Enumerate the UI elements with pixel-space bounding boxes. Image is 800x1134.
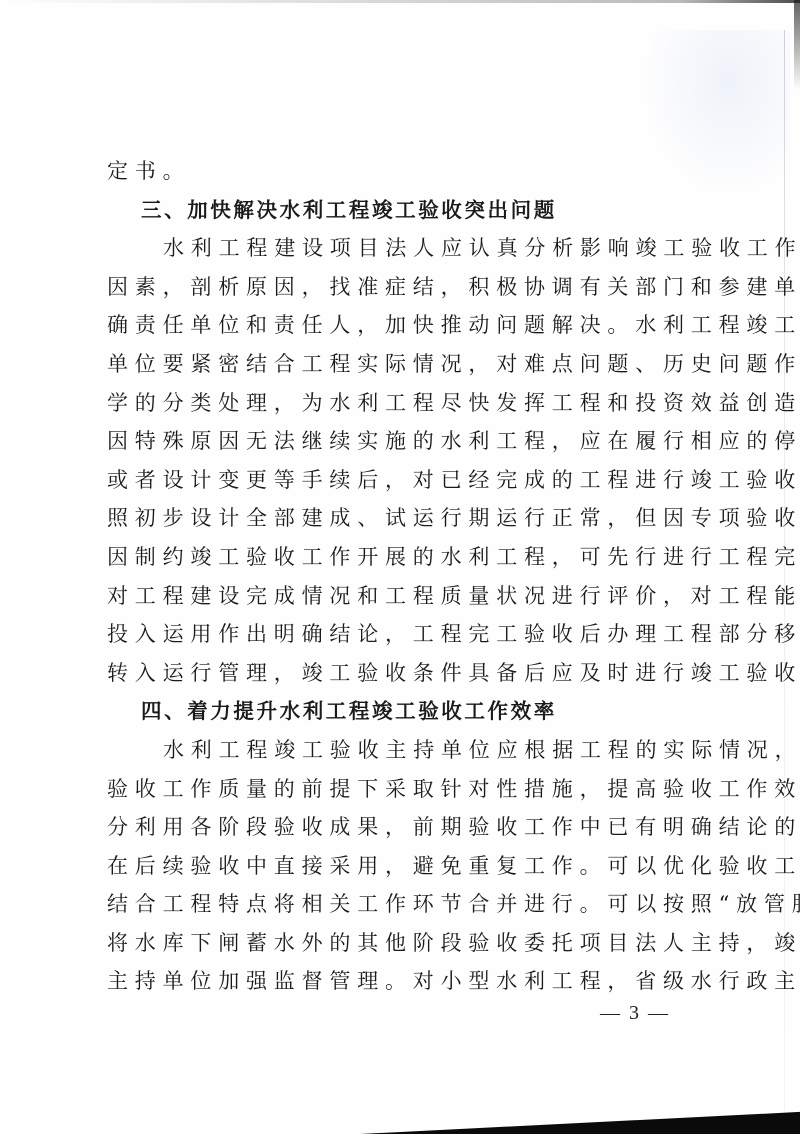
section-heading-3: 三、加快解决水利工程竣工验收突出问题	[107, 191, 697, 230]
section-heading-4: 四、着力提升水利工程竣工验收工作效率	[107, 692, 697, 731]
paragraph-line: 水利工程竣工验收主持单位应根据工程的实际情况，在保证	[107, 731, 697, 770]
paragraph-line: 因特殊原因无法继续实施的水利工程，应在履行相应的停建、缓建	[107, 422, 697, 461]
paragraph-line: 因素，剖析原因，找准症结，积极协调有关部门和参建单位，逐项明	[107, 268, 697, 307]
paragraph-line: 单位要紧密结合工程实际情况，对难点问题、历史问题作出客观科	[107, 345, 697, 384]
paragraph-line: 验收工作质量的前提下采取针对性措施，提高验收工作效率。要充	[107, 770, 697, 809]
paragraph-line: 转入运行管理，竣工验收条件具备后应及时进行竣工验收。	[107, 654, 697, 693]
paragraph-line: 照初步设计全部建成、试运行期运行正常，但因专项验收等特殊原	[107, 499, 697, 538]
page-number: — 3 —	[600, 1002, 670, 1025]
section-4-paragraph: 水利工程竣工验收主持单位应根据工程的实际情况，在保证 验收工作质量的前提下采取针…	[107, 731, 697, 1001]
scan-edge-right	[794, 0, 800, 90]
paragraph-line: 学的分类处理，为水利工程尽快发挥工程和投资效益创造条件。对	[107, 384, 697, 423]
paragraph-line: 水利工程建设项目法人应认真分析影响竣工验收工作的制约	[107, 229, 697, 268]
paragraph-line: 结合工程特点将相关工作环节合并进行。可以按照“放管服”要求，	[107, 885, 697, 924]
continuation-text: 定书。	[107, 152, 697, 191]
paragraph-line: 分利用各阶段验收成果，前期验收工作中已有明确结论的事项应	[107, 808, 697, 847]
paragraph-line: 在后续验收中直接采用，避免重复工作。可以优化验收工作程序，	[107, 847, 697, 886]
paragraph-line: 或者设计变更等手续后，对已经完成的工程进行竣工验收。对已按	[107, 461, 697, 500]
paragraph-line: 投入运用作出明确结论，工程完工验收后办理工程部分移交手续、	[107, 615, 697, 654]
document-body: 定书。 三、加快解决水利工程竣工验收突出问题 水利工程建设项目法人应认真分析影响…	[107, 152, 697, 1001]
section-3-paragraph: 水利工程建设项目法人应认真分析影响竣工验收工作的制约 因素，剖析原因，找准症结，…	[107, 229, 697, 692]
scan-edge-bottom	[0, 1110, 800, 1134]
paragraph-line: 确责任单位和责任人，加快推动问题解决。水利工程竣工验收主持	[107, 306, 697, 345]
paragraph-line: 将水库下闸蓄水外的其他阶段验收委托项目法人主持，竣工验收	[107, 924, 697, 963]
paragraph-line: 主持单位加强监督管理。对小型水利工程，省级水行政主管部门可	[107, 962, 697, 1001]
scanned-document-page: 定书。 三、加快解决水利工程竣工验收突出问题 水利工程建设项目法人应认真分析影响…	[0, 0, 800, 1134]
paragraph-line: 对工程建设完成情况和工程质量状况进行评价，对工程能否正常	[107, 577, 697, 616]
paragraph-line: 因制约竣工验收工作开展的水利工程，可先行进行工程完工验收，	[107, 538, 697, 577]
scan-edge-top	[0, 0, 800, 3]
